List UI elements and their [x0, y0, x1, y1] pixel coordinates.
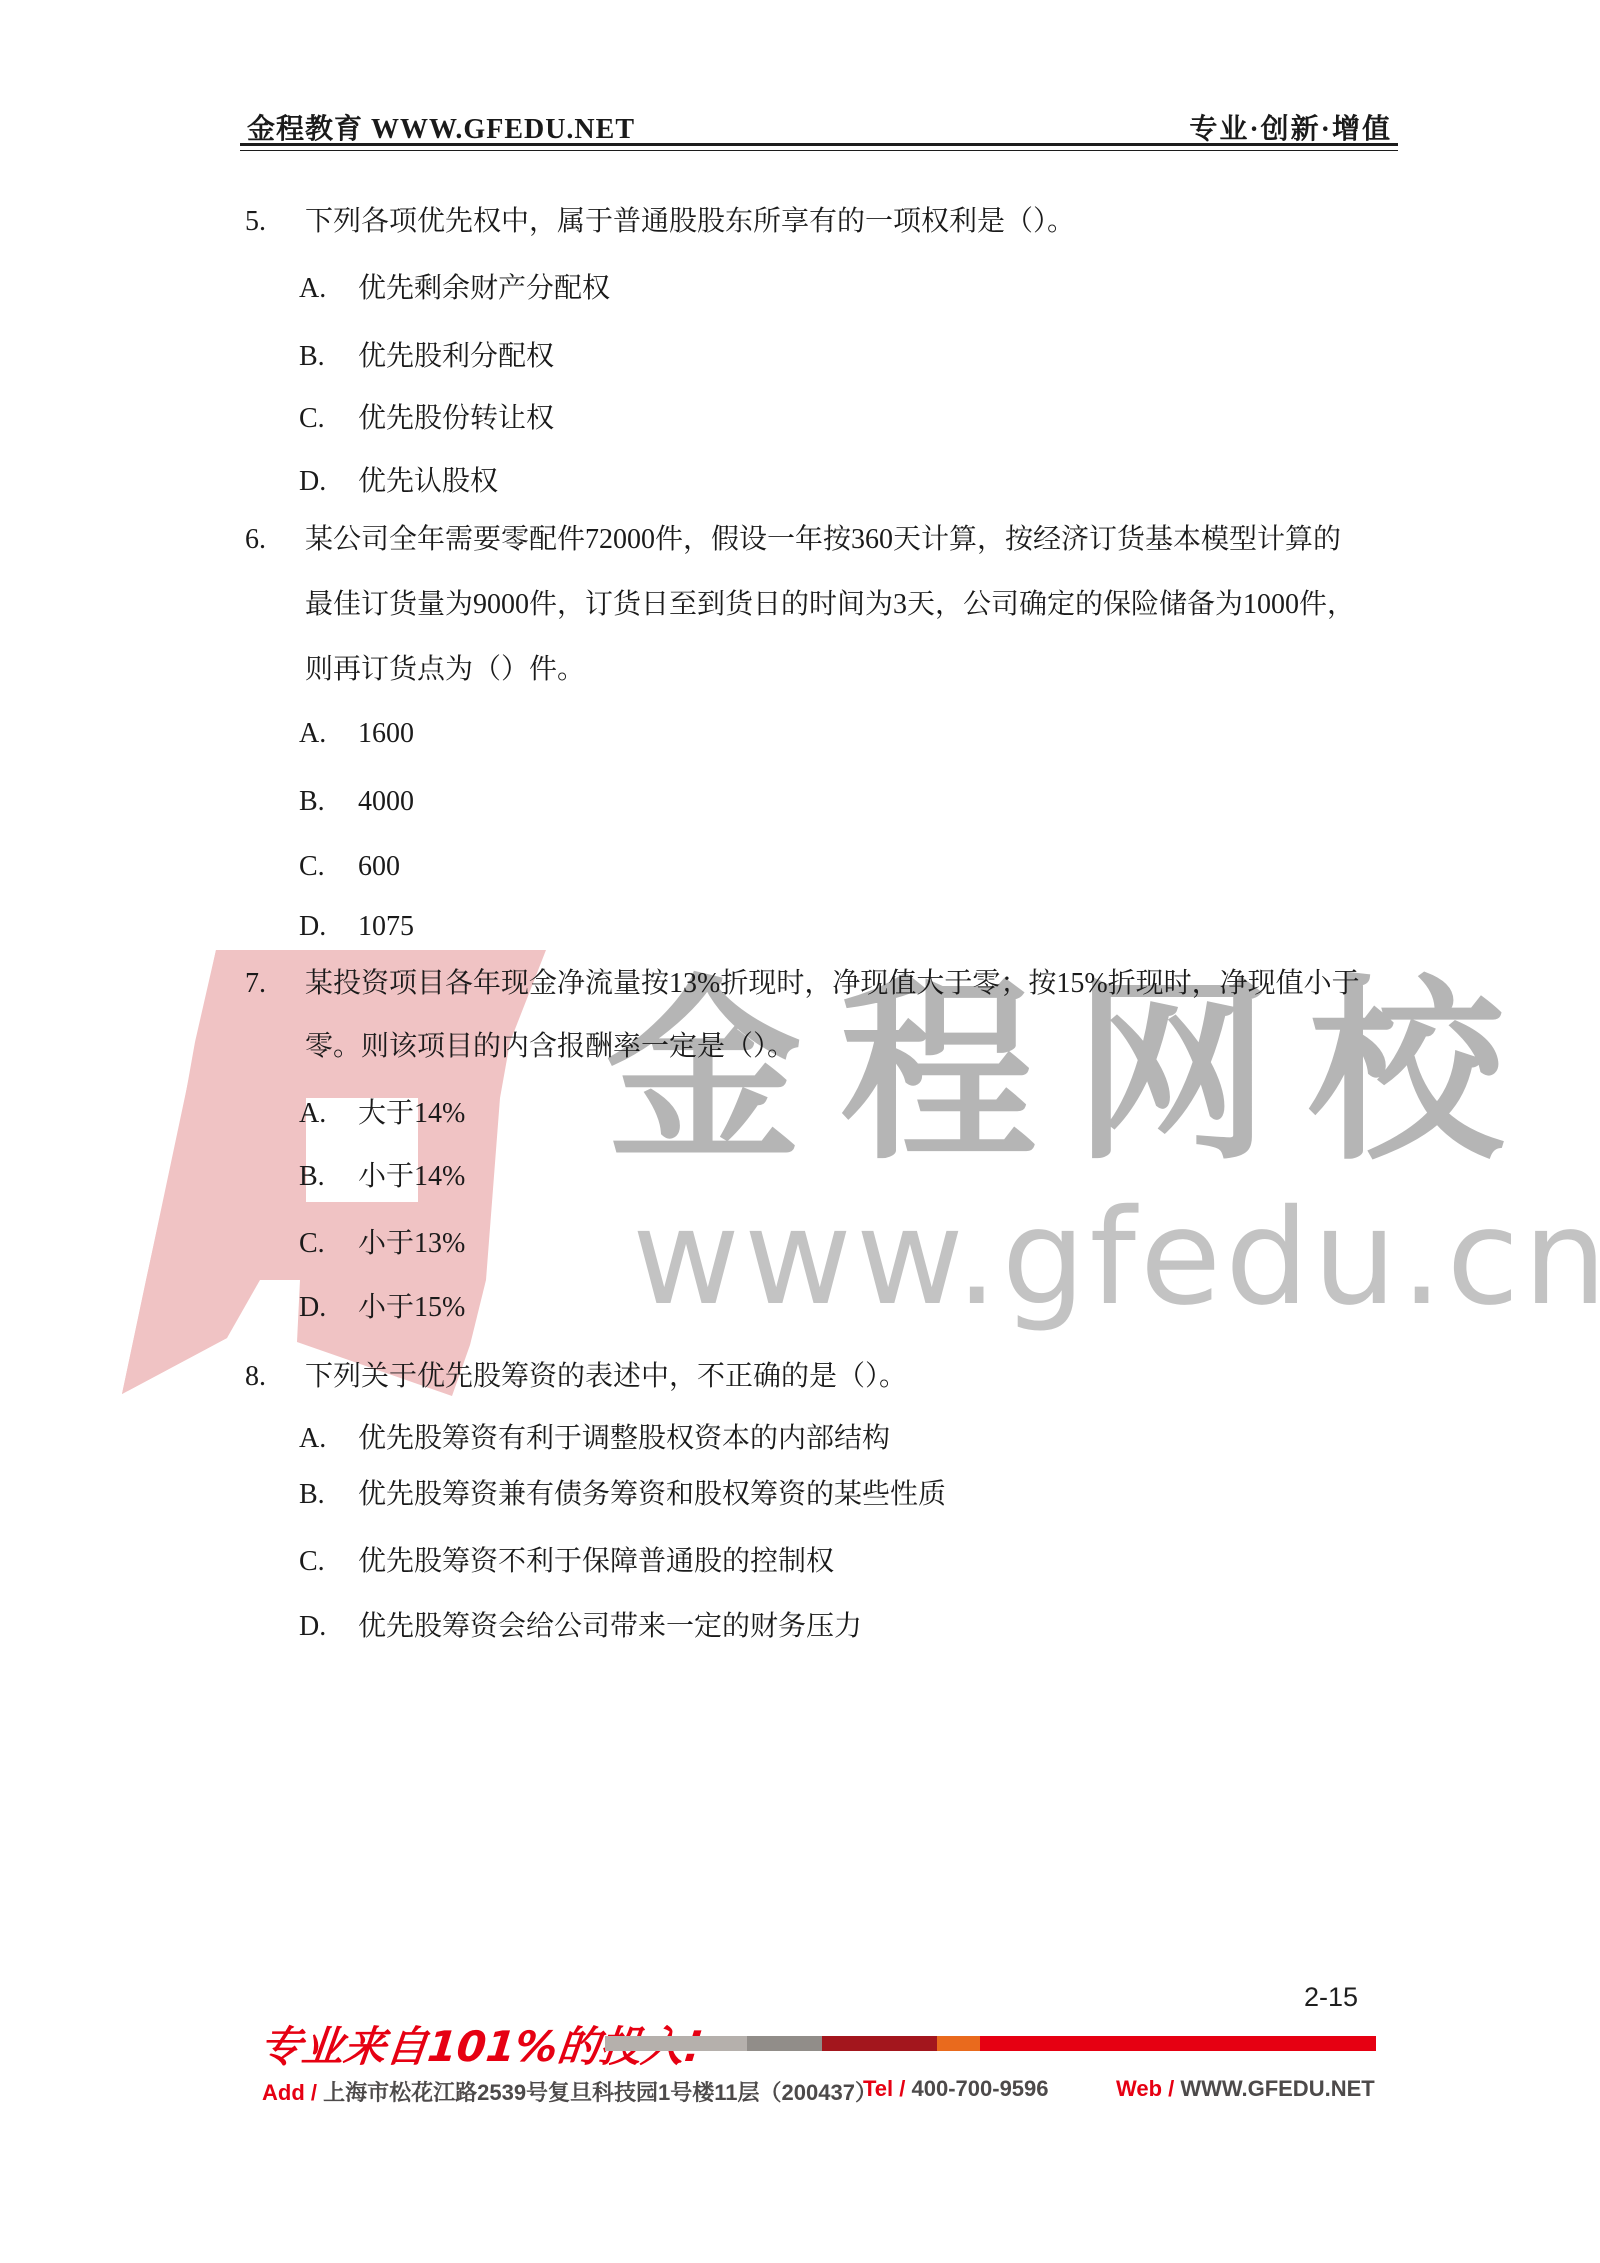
exam-document-page: 金程网校 www.gfedu.cn 金程教育 WWW.GFEDU.NET 专业·… [0, 0, 1600, 2263]
question-5-text: 下列各项优先权中，属于普通股股东所享有的一项权利是（）。 [305, 205, 1075, 239]
question-5-option-a-label: A. [299, 272, 326, 306]
question-6-text-line-3: 则再订货点为（）件。 [305, 653, 585, 687]
web-value: WWW.GFEDU.NET [1180, 2076, 1374, 2101]
address-value: 上海市松花江路2539号复旦科技园1号楼11层（200437） [323, 2080, 877, 2105]
footer-bar-segment-lightgray [605, 2036, 747, 2051]
question-6-option-d-label: D. [299, 910, 326, 944]
question-6-option-a-label: A. [299, 717, 326, 751]
question-5-option-a-text: 优先剩余财产分配权 [358, 272, 610, 306]
footer-website: Web / WWW.GFEDU.NET [1116, 2076, 1375, 2102]
question-6-option-a-text: 1600 [358, 717, 414, 751]
question-6-option-d-text: 1075 [358, 910, 414, 944]
header-rule [240, 143, 1398, 151]
footer-telephone: Tel / 400-700-9596 [863, 2076, 1049, 2102]
question-5-number: 5. [245, 205, 266, 239]
page-number: 2-15 [1304, 1982, 1358, 2013]
question-7-option-a-text: 大于14% [358, 1097, 465, 1131]
address-label: Add / [262, 2080, 323, 2105]
question-7-option-d-label: D. [299, 1291, 326, 1325]
question-5-option-d-label: D. [299, 465, 326, 499]
question-6-option-c-label: C. [299, 850, 325, 884]
question-7-text-line-2: 零。则该项目的内含报酬率一定是（）。 [305, 1030, 795, 1064]
question-8-option-a-text: 优先股筹资有利于调整股权资本的内部结构 [358, 1422, 890, 1456]
footer-bar-segment-orange [937, 2036, 980, 2051]
question-5-option-c-text: 优先股份转让权 [358, 402, 554, 436]
question-5-option-d-text: 优先认股权 [358, 465, 498, 499]
content-layer: 金程教育 WWW.GFEDU.NET 专业·创新·增值 5. 下列各项优先权中，… [0, 0, 1600, 2263]
question-5-option-c-label: C. [299, 402, 325, 436]
question-5-option-b-text: 优先股利分配权 [358, 340, 554, 374]
question-8-number: 8. [245, 1360, 266, 1394]
question-8-option-c-text: 优先股筹资不利于保障普通股的控制权 [358, 1545, 834, 1579]
question-6-number: 6. [245, 523, 266, 557]
question-8-option-a-label: A. [299, 1422, 326, 1456]
question-6-text-line-1: 某公司全年需要零配件72000件，假设一年按360天计算，按经济订货基本模型计算… [305, 523, 1341, 557]
question-7-option-d-text: 小于15% [358, 1291, 465, 1325]
question-8-option-b-label: B. [299, 1478, 325, 1512]
footer-address: Add / 上海市松花江路2539号复旦科技园1号楼11层（200437） [262, 2076, 877, 2107]
question-7-option-b-label: B. [299, 1160, 325, 1194]
footer-bar-segment-darkred [822, 2036, 937, 2051]
header-motto: 专业·创新·增值 [1189, 113, 1392, 147]
question-8-text: 下列关于优先股筹资的表述中，不正确的是（）。 [305, 1360, 907, 1394]
header-brand: 金程教育 WWW.GFEDU.NET [247, 113, 635, 147]
question-8-option-b-text: 优先股筹资兼有债务筹资和股权筹资的某些性质 [358, 1478, 946, 1512]
question-6-option-c-text: 600 [358, 850, 400, 884]
tel-label: Tel / [863, 2076, 912, 2101]
tel-value: 400-700-9596 [912, 2076, 1049, 2101]
question-6-option-b-text: 4000 [358, 785, 414, 819]
question-6-option-b-label: B. [299, 785, 325, 819]
question-8-option-c-label: C. [299, 1545, 325, 1579]
question-8-option-d-text: 优先股筹资会给公司带来一定的财务压力 [358, 1610, 862, 1644]
question-5-option-b-label: B. [299, 340, 325, 374]
question-7-option-c-label: C. [299, 1227, 325, 1261]
footer-bar-segment-gray [747, 2036, 822, 2051]
question-7-number: 7. [245, 967, 266, 1001]
question-7-option-c-text: 小于13% [358, 1227, 465, 1261]
web-label: Web / [1116, 2076, 1180, 2101]
question-7-text-line-1: 某投资项目各年现金净流量按13%折现时，净现值大于零；按15%折现时，净现值小于 [305, 967, 1360, 1001]
question-7-option-b-text: 小于14% [358, 1160, 465, 1194]
question-6-text-line-2: 最佳订货量为9000件，订货日至到货日的时间为3天，公司确定的保险储备为1000… [305, 588, 1355, 622]
question-7-option-a-label: A. [299, 1097, 326, 1131]
question-8-option-d-label: D. [299, 1610, 326, 1644]
footer-bar-segment-red [980, 2036, 1376, 2051]
